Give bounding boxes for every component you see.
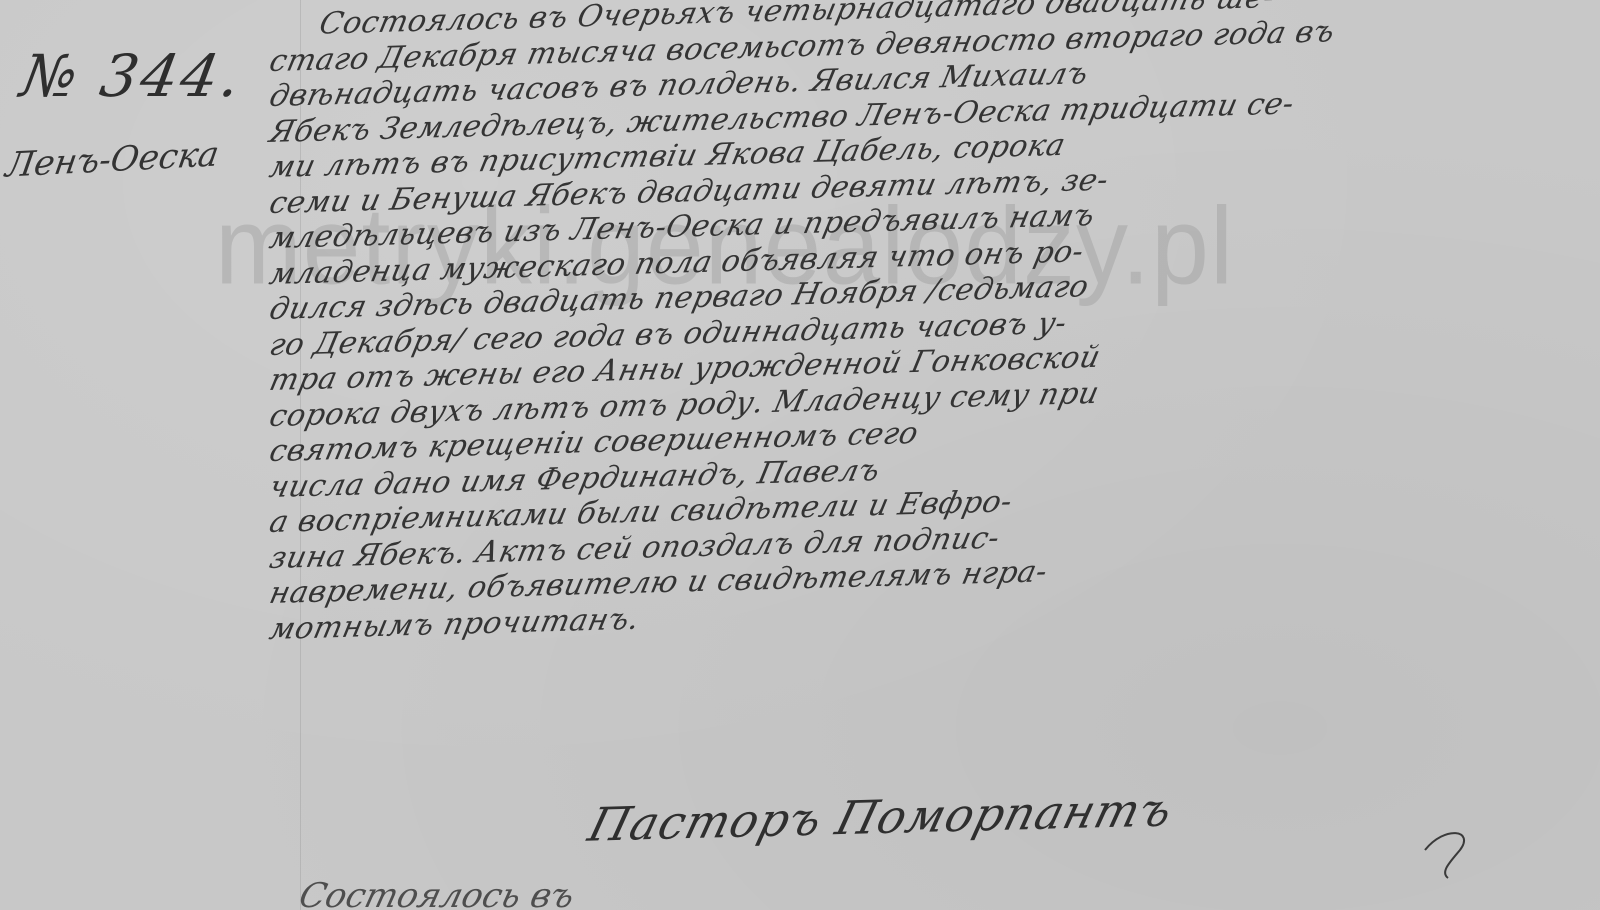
- pastor-signature: Пасторъ Поморпантъ: [583, 782, 1179, 852]
- margin-name: Ленъ-Оеска: [3, 134, 222, 186]
- signature-flourish-icon: [1420, 820, 1480, 880]
- record-body: Состоялось въ Очерьяхъ четырнадцатаго дв…: [270, 8, 1580, 647]
- document-page: metryki.genealodzy.pl № 344. Ленъ-Оеска …: [0, 0, 1600, 910]
- entry-number: № 344.: [16, 42, 248, 110]
- next-entry-fragment: Состоялось въ: [295, 876, 579, 910]
